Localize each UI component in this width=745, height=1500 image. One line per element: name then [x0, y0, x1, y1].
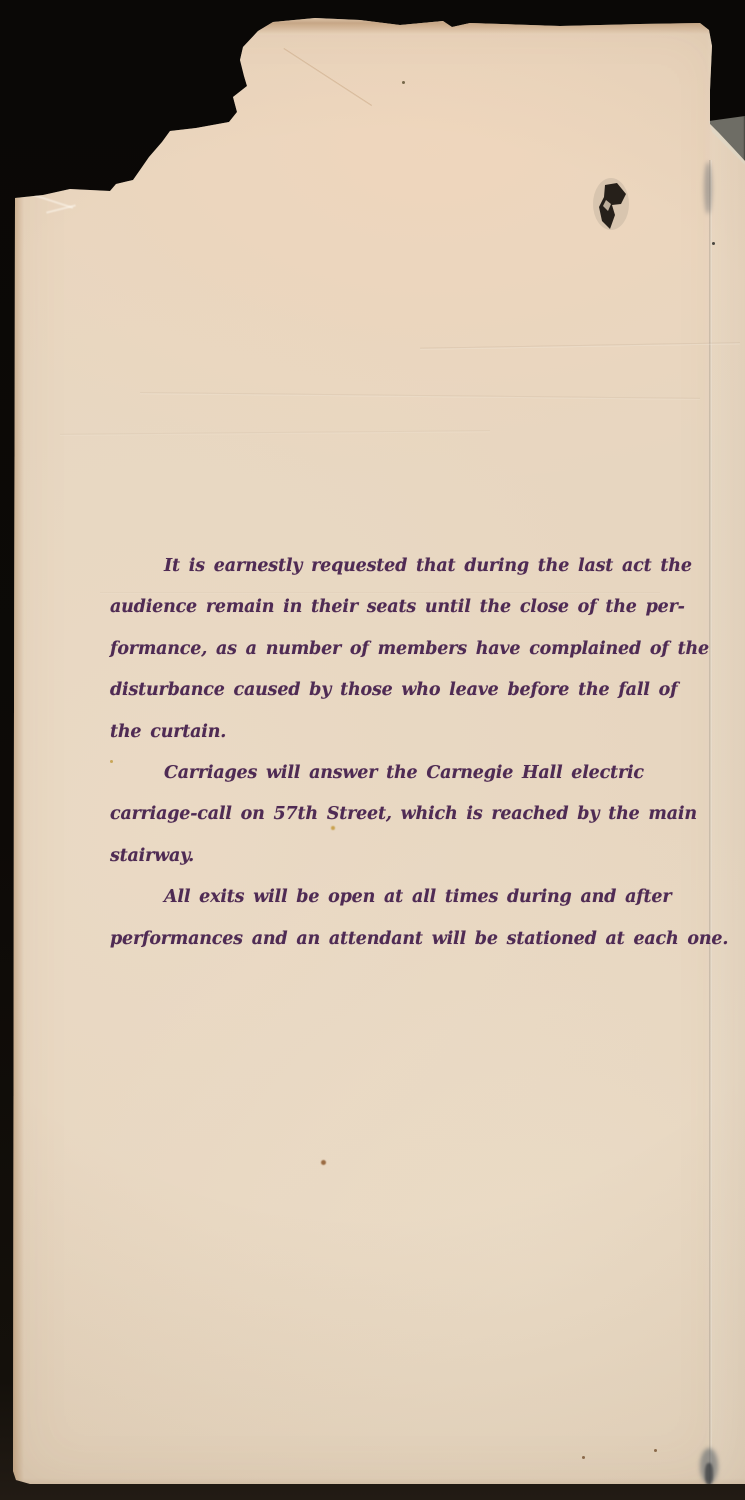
- text-line: the curtain.: [110, 712, 618, 753]
- paper-speck: [402, 81, 405, 84]
- paper-speck: [712, 242, 715, 245]
- wrinkle-crease: [60, 430, 490, 436]
- notice-text-block: It is earnestly requested that during th…: [110, 546, 618, 960]
- torn-program-page: It is earnestly requested that during th…: [0, 0, 745, 1500]
- text-line: All exits will be open at all times duri…: [110, 877, 618, 918]
- tear-hole-mark: [592, 176, 634, 238]
- paper-speck: [582, 1456, 585, 1459]
- diagonal-crease: [283, 48, 372, 107]
- scanned-page-photo: It is earnestly requested that during th…: [0, 0, 745, 1500]
- text-line: Carriages will answer the Carnegie Hall …: [110, 753, 618, 794]
- text-line: disturbance caused by those who leave be…: [110, 670, 618, 711]
- wrinkle-crease: [140, 392, 700, 400]
- wrinkle-crease: [420, 342, 740, 350]
- scuff-mark: [46, 204, 76, 213]
- text-line: audience remain in their seats until the…: [110, 587, 618, 628]
- paper-speck: [654, 1449, 657, 1452]
- crease-smudge: [705, 1463, 713, 1485]
- text-line: It is earnestly requested that during th…: [110, 546, 618, 587]
- paper-speck: [321, 1160, 326, 1165]
- text-line: stairway.: [110, 836, 618, 877]
- text-line: carriage-call on 57th Street, which is r…: [110, 794, 618, 835]
- vertical-fold-crease: [709, 160, 712, 1484]
- text-line: performances and an attendant will be st…: [110, 919, 618, 960]
- text-line: formance, as a number of members have co…: [110, 629, 618, 670]
- crease-smudge: [704, 162, 712, 214]
